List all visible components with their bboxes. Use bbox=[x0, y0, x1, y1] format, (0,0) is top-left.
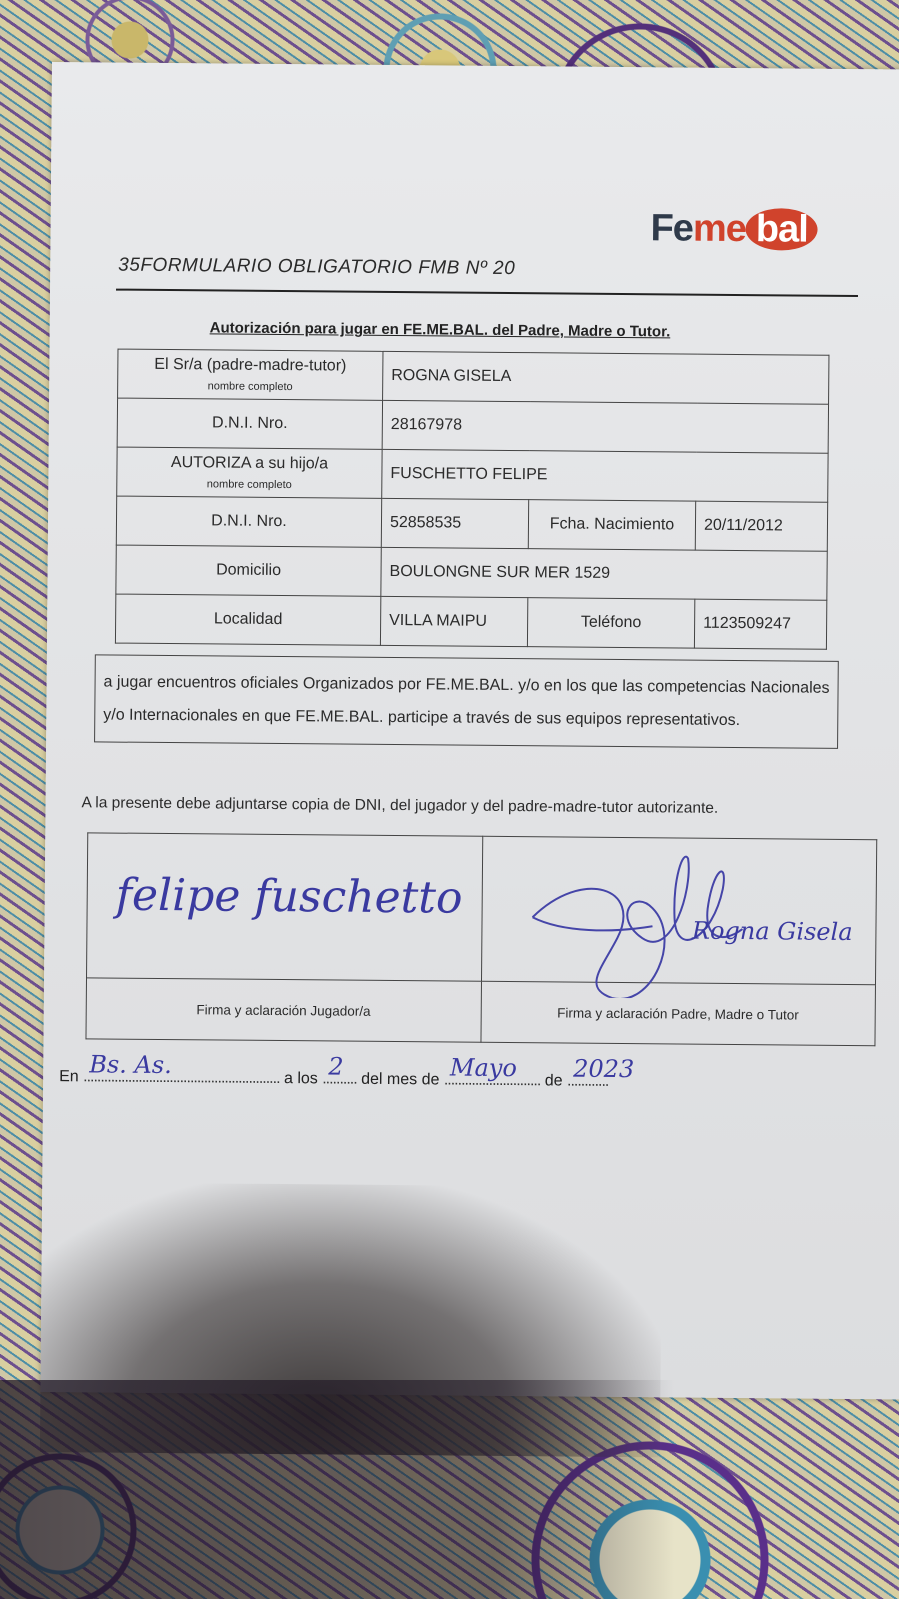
birth-date-label: Fcha. Nacimiento bbox=[528, 500, 695, 550]
year-field[interactable]: ............ 2023 bbox=[567, 1073, 608, 1091]
child-name-field[interactable]: FUSCHETTO FELIPE bbox=[382, 449, 828, 502]
player-signature-caption: Firma y aclaración Jugador/a bbox=[86, 978, 481, 1042]
place-field[interactable]: ........................................… bbox=[83, 1068, 280, 1088]
table-row: Localidad VILLA MAIPU Teléfono 112350924… bbox=[115, 594, 826, 649]
address-label: Domicilio bbox=[116, 545, 381, 596]
month-label: del mes de bbox=[361, 1071, 439, 1089]
signature-row: felipe fuschetto Rogna Gisela bbox=[87, 833, 877, 985]
form-paper: Femebal 35FORMULARIO OBLIGATORIO FMB Nº … bbox=[40, 62, 899, 1399]
form-title: 35FORMULARIO OBLIGATORIO FMB Nº 20 bbox=[118, 255, 515, 280]
tutor-label-cell: El Sr/a (padre-madre-tutor) nombre compl… bbox=[118, 349, 383, 400]
address-field[interactable]: BOULONGNE SUR MER 1529 bbox=[381, 547, 827, 600]
date-line: En .....................................… bbox=[59, 1068, 608, 1091]
day-handwriting: 2 bbox=[328, 1052, 344, 1080]
title-divider bbox=[116, 289, 858, 297]
child-dni-label: D.N.I. Nro. bbox=[116, 496, 381, 547]
logo-text-me: me bbox=[693, 208, 746, 250]
tutor-dni-field[interactable]: 28167978 bbox=[382, 400, 828, 453]
table-row: Domicilio BOULONGNE SUR MER 1529 bbox=[116, 545, 827, 600]
logo-text-bal: bal bbox=[746, 208, 818, 251]
tutor-dni-label: D.N.I. Nro. bbox=[117, 398, 382, 449]
child-label-cell: AUTORIZA a su hijo/a nombre completo bbox=[117, 447, 382, 498]
tutor-name-field[interactable]: ROGNA GISELA bbox=[383, 351, 829, 404]
child-dni-field[interactable]: 52858535 bbox=[381, 498, 528, 548]
authorization-paragraph: a jugar encuentros oficiales Organizados… bbox=[94, 654, 839, 748]
tutor-label: El Sr/a (padre-madre-tutor) bbox=[154, 356, 346, 375]
locality-label: Localidad bbox=[115, 594, 380, 645]
player-signature-box[interactable]: felipe fuschetto bbox=[87, 833, 483, 981]
femebal-logo: Femebal bbox=[650, 207, 818, 251]
parent-signature-box[interactable]: Rogna Gisela bbox=[481, 836, 877, 984]
phone-field[interactable]: 1123509247 bbox=[694, 599, 826, 649]
child-label: AUTORIZA a su hijo/a bbox=[171, 454, 328, 472]
locality-field[interactable]: VILLA MAIPU bbox=[380, 596, 527, 646]
parent-signature-name: Rogna Gisela bbox=[692, 917, 853, 946]
player-signature: felipe fuschetto bbox=[116, 870, 463, 924]
table-row: D.N.I. Nro. 28167978 bbox=[117, 398, 828, 453]
a-los-label: a los bbox=[284, 1070, 318, 1087]
tutor-sublabel: nombre completo bbox=[126, 380, 374, 394]
place-handwriting: Bs. As. bbox=[89, 1050, 172, 1079]
birth-date-field[interactable]: 20/11/2012 bbox=[695, 501, 827, 551]
table-row: D.N.I. Nro. 52858535 Fcha. Nacimiento 20… bbox=[116, 496, 827, 551]
authorization-table: El Sr/a (padre-madre-tutor) nombre compl… bbox=[115, 349, 830, 650]
phone-label: Teléfono bbox=[527, 598, 694, 648]
en-label: En bbox=[59, 1068, 79, 1085]
child-sublabel: nombre completo bbox=[125, 478, 373, 492]
bottom-shadow bbox=[0, 1380, 899, 1599]
year-handwriting: 2023 bbox=[573, 1055, 634, 1084]
table-row: AUTORIZA a su hijo/a nombre completo FUS… bbox=[117, 447, 828, 502]
signature-table: felipe fuschetto Rogna Gisela Firma y ac… bbox=[85, 832, 877, 1046]
logo-text-fe: Fe bbox=[650, 207, 693, 249]
day-field[interactable]: .......... 2 bbox=[322, 1070, 357, 1088]
form-subtitle: Autorización para jugar en FE.ME.BAL. de… bbox=[210, 319, 671, 340]
attachment-note: A la presente debe adjuntarse copia de D… bbox=[81, 794, 718, 818]
table-row: El Sr/a (padre-madre-tutor) nombre compl… bbox=[118, 349, 829, 404]
month-field[interactable]: ............................ Mayo bbox=[444, 1071, 541, 1090]
year-label: de bbox=[545, 1072, 563, 1089]
month-handwriting: Mayo bbox=[450, 1054, 517, 1083]
